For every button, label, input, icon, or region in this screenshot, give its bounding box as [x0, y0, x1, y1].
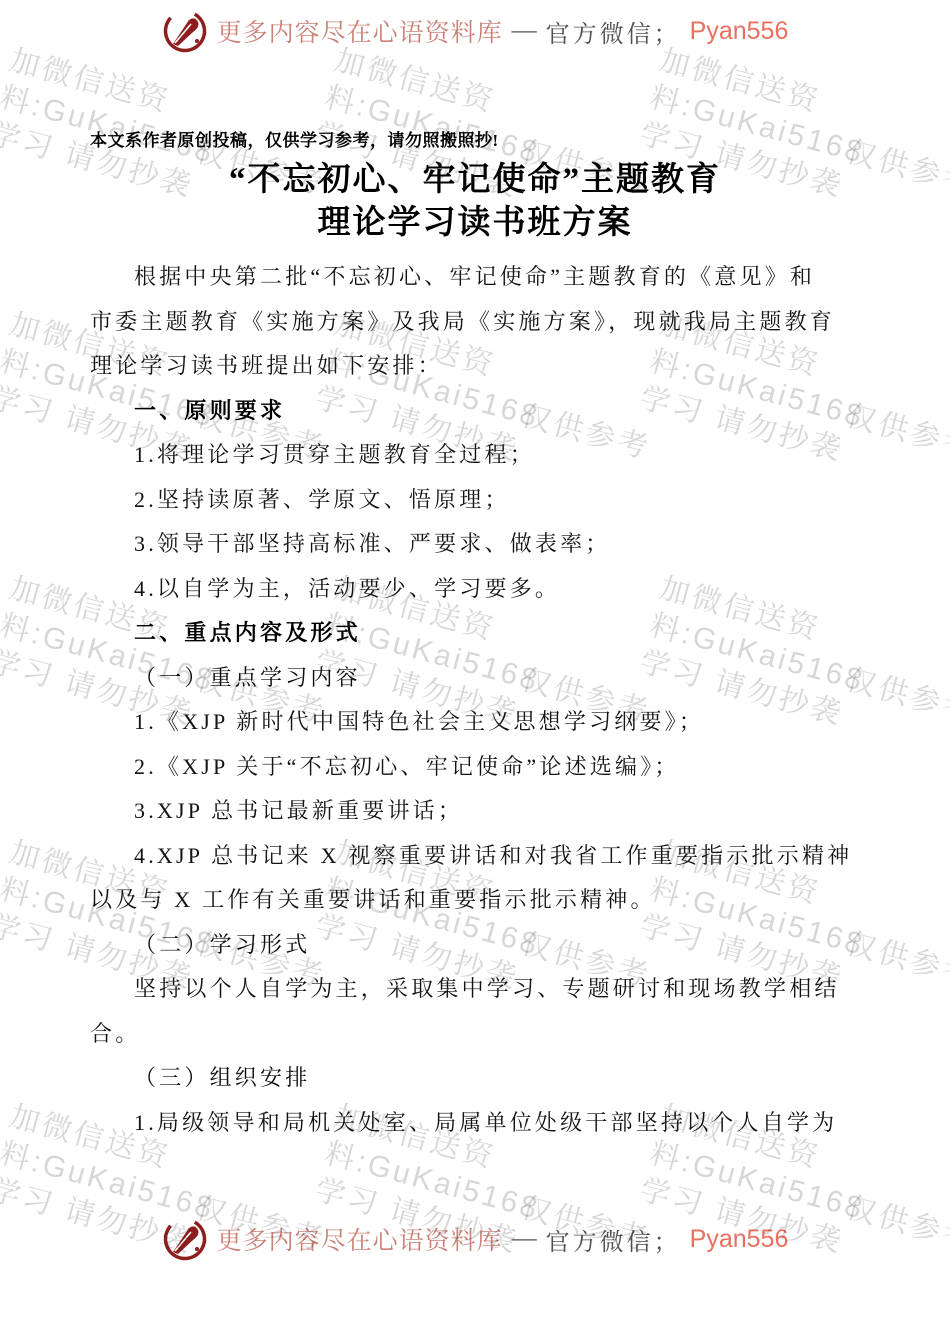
brand-text: 更多内容尽在心语资料库: [217, 13, 503, 49]
watermark-text: 料:GuKai5168: [320, 1135, 544, 1229]
doc-line: 根据中央第二批“不忘初心、牢记使命”主题教育的《意见》和: [90, 255, 862, 300]
brand-text: 更多内容尽在心语资料库: [217, 1221, 503, 1257]
document-page: 更多内容尽在心语资料库—官方微信；Pyan556 本文系作者原创投稿，仅供学习参…: [0, 0, 950, 1344]
doc-title-line1: “不忘初心、牢记使命”主题教育: [229, 162, 721, 198]
doc-title: “不忘初心、牢记使命”主题教育 理论学习读书班方案: [0, 159, 950, 245]
official-wechat-label: 官方微信；: [546, 1222, 681, 1257]
doc-line: 坚持以个人自学为主，采取集中学习、专题研讨和现场教学相结: [90, 967, 862, 1012]
banner-separator: —: [512, 1225, 537, 1253]
doc-body: 根据中央第二批“不忘初心、牢记使命”主题教育的《意见》和市委主题教育《实施方案》…: [90, 255, 862, 1145]
doc-line: 3.XJP 总书记最新重要讲话；: [90, 789, 862, 834]
doc-line: 3.领导干部坚持高标准、严要求、做表率；: [90, 522, 862, 567]
doc-title-line2: 理论学习读书班方案: [318, 205, 633, 241]
doc-line: 一、原则要求: [90, 389, 862, 434]
header-banner: 更多内容尽在心语资料库—官方微信；Pyan556: [0, 8, 950, 54]
banner-separator: —: [512, 17, 537, 45]
doc-line: 理论学习读书班提出如下安排：: [90, 344, 862, 389]
doc-line: 合。: [90, 1012, 862, 1057]
doc-line: 4.XJP 总书记来 X 视察重要讲话和对我省工作重要指示批示精神: [90, 834, 862, 879]
wechat-id: Pyan556: [690, 1225, 789, 1254]
doc-line: 1.局级领导和局机关处室、局属单位处级干部坚持以个人自学为: [90, 1101, 862, 1146]
pen-nib-logo-icon: [162, 8, 208, 54]
doc-line: 以及与 X 工作有关重要讲话和重要指示批示精神。: [90, 878, 862, 923]
doc-line: 2.《XJP 关于“不忘初心、牢记使命”论述选编》；: [90, 745, 862, 790]
wechat-id: Pyan556: [690, 17, 789, 46]
official-wechat-label: 官方微信；: [546, 14, 681, 49]
footer-banner: 更多内容尽在心语资料库—官方微信；Pyan556: [0, 1216, 950, 1262]
doc-line: （二）学习形式: [90, 923, 862, 968]
doc-line: 4.以自学为主，活动要少、学习要多。: [90, 567, 862, 612]
doc-line: 1.将理论学习贯穿主题教育全过程；: [90, 433, 862, 478]
doc-line: 2.坚持读原著、学原文、悟原理；: [90, 478, 862, 523]
doc-line: 二、重点内容及形式: [90, 611, 862, 656]
doc-line: 市委主题教育《实施方案》及我局《实施方案》，现就我局主题教育: [90, 300, 862, 345]
watermark-text: 加微信送资: [5, 42, 229, 136]
doc-line: （三）组织安排: [90, 1056, 862, 1101]
doc-line: 1.《XJP 新时代中国特色社会主义思想学习纲要》；: [90, 700, 862, 745]
doc-line: （一）重点学习内容: [90, 656, 862, 701]
pen-nib-logo-icon: [162, 1216, 208, 1262]
original-post-notice: 本文系作者原创投稿，仅供学习参考，请勿照搬照抄!: [90, 126, 499, 151]
watermark-text: 料:GuKai5168: [0, 1135, 219, 1229]
watermark-text: 加微信送资: [330, 42, 554, 136]
watermark-text: 料:GuKai5168: [645, 1135, 869, 1229]
watermark-text: 加微信送资: [655, 42, 879, 136]
